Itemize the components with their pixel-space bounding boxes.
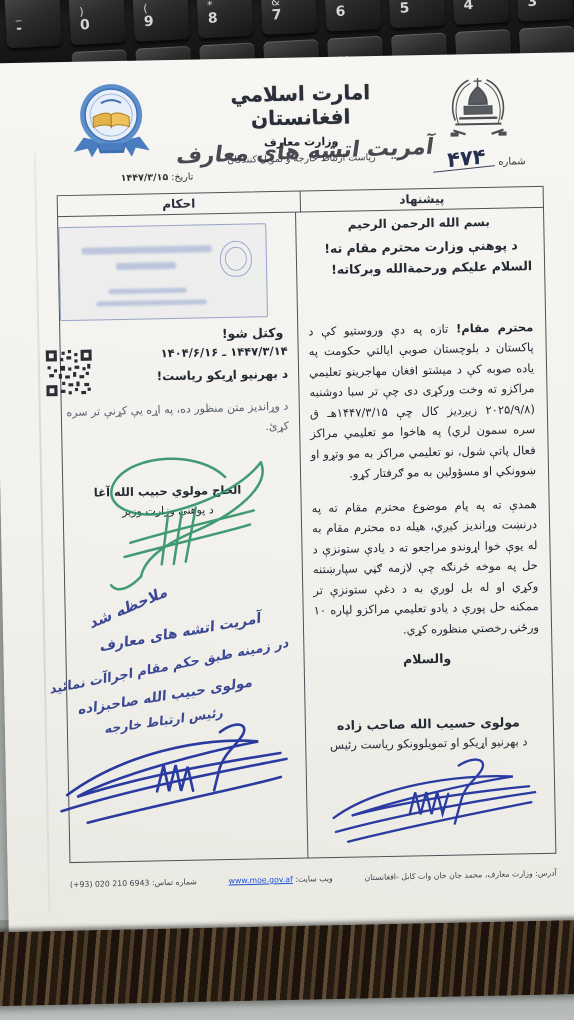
stamp-text-line <box>97 299 207 306</box>
letter-footer: آدرس: وزارت معارف، محمد جان خان وات کابل… <box>70 868 557 889</box>
signer-block: مولوی حسیب الله صاحب زاده د بهرنیو اړیکو… <box>316 714 543 846</box>
national-emblem-icon <box>446 73 509 140</box>
minister-block: الحاج مولوي حبیب الله آغا د پوهنې وزارت … <box>45 481 291 519</box>
photo-of-document: @2 #3 $4 %5 ^6 &7 *8 (9 )0 _- U I O P <box>0 0 574 1020</box>
footer-website-link: www.moe.gov.af <box>228 875 292 886</box>
ministry-of-education-logo-icon <box>70 80 152 164</box>
orders-column: وکتل شو! ۱۴۴۷/۳/۱۴ ـ ۱۴۰۴/۶/۱۶ د بهرنیو … <box>31 213 307 863</box>
key-label: 5 <box>399 0 445 16</box>
stamp-text-line <box>82 245 212 254</box>
keyboard-key-9: (9 <box>132 0 190 42</box>
serial-number-label: شماره <box>498 156 525 168</box>
keyboard-key-5: %5 <box>388 0 446 28</box>
keyboard-key-0: )0 <box>68 0 126 45</box>
key-label: - <box>16 19 62 36</box>
directorate-address-note: د بهرنیو اړیکو ریاست! <box>92 367 288 385</box>
review-dates: ۱۴۴۷/۳/۱۴ ـ ۱۴۰۴/۶/۱۶ <box>92 344 288 362</box>
approval-instruction: د وړاندیز متن منظور ده، په اړه یې کړنې ت… <box>43 396 290 443</box>
approval-stamp <box>58 223 268 321</box>
key-label: 0 <box>80 16 126 33</box>
signer-title: د بهرنیو اړیکو او تمویلوونکو ریاست رئیس <box>316 734 541 752</box>
key-label: 3 <box>527 0 573 10</box>
table-body: بسم الله الرحمن الرحیم د پوهنې وزارت محت… <box>58 208 555 862</box>
closing-salam: والسلام <box>314 649 539 668</box>
letterhead-titles: امارت اسلامي افغانستان وزارت معارف ریاست… <box>197 76 404 183</box>
review-row: ۱۴۴۷/۳/۱۴ ـ ۱۴۰۴/۶/۱۶ د بهرنیو اړیکو ریا… <box>42 344 289 397</box>
key-label: 6 <box>335 2 381 19</box>
registrar-notes: ملاحظه شد آمریت اتشه های معارف در زمینه … <box>47 602 297 829</box>
emirate-title: امارت اسلامي افغانستان <box>198 80 404 132</box>
key-label: 9 <box>144 12 190 29</box>
qr-code <box>46 350 93 397</box>
stamp-emblem-icon <box>220 240 253 277</box>
date-label: تاریخ: <box>171 172 193 183</box>
footer-phone: شماره تماس: (+93) 020 210 6943 <box>70 877 197 889</box>
key-label: 8 <box>207 9 253 26</box>
proposal-paragraph-2: همدې ته په پام موضوع محترم مقام ته په در… <box>312 494 540 642</box>
director-signature-ink <box>316 750 543 846</box>
paragraph-text: تازه په دې وروستیو کې د پاکستان د بلوچست… <box>308 322 536 481</box>
date-line: تاریخ: ۱۴۴۷/۳/۱۵ <box>24 171 199 185</box>
seen-note: وکتل شو! <box>42 325 288 345</box>
keyboard-key-4: $4 <box>452 0 510 25</box>
stamp-text-line <box>116 262 176 270</box>
signer-name: مولوی حسیب الله صاحب زاده <box>316 714 541 733</box>
footer-phone-label: شماره تماس: <box>152 877 197 887</box>
moe-logo-block: تاریخ: ۱۴۴۷/۳/۱۵ <box>22 79 199 185</box>
bismillah: بسم الله الرحمن الرحیم <box>306 214 531 232</box>
footer-website-label: ویب سایت: <box>295 874 333 884</box>
proposal-paragraph-1: محترم مقام! تازه په دې وروستیو کې د پاکس… <box>308 317 536 485</box>
keyboard-key-6: ^6 <box>324 0 382 32</box>
keyboard-key-minus: _- <box>4 0 62 48</box>
stamp-text-line <box>109 288 187 294</box>
keyboard-key-8: *8 <box>196 0 254 38</box>
footer-address: آدرس: وزارت معارف، محمد جان خان وات کابل… <box>364 868 557 882</box>
addressee-line: د پوهنې وزارت محترم مقام ته! <box>307 237 532 256</box>
minister-title: د پوهنې وزارت وزیر <box>45 501 291 519</box>
key-label: 4 <box>463 0 509 13</box>
wooden-table-edge <box>0 920 574 1007</box>
keyboard-key-3: #3 <box>516 0 574 22</box>
letterhead: شماره ۴۷۴ امارت اسلامي افغانستان وزارت م… <box>0 52 574 186</box>
salutation-line: السلام علیکم ورحمةالله وبرکاته! <box>307 258 532 277</box>
national-emblem-block: شماره ۴۷۴ <box>402 73 554 179</box>
paragraph-lead: محترم مقام! <box>456 320 533 335</box>
proposal-column: بسم الله الرحمن الرحیم د پوهنې وزارت محت… <box>295 208 555 858</box>
keyboard-key-7: &7 <box>260 0 318 35</box>
date-value: ۱۴۴۷/۳/۱۵ <box>121 172 169 184</box>
footer-website: ویب سایت: www.moe.gov.af <box>228 874 332 886</box>
key-label: 7 <box>271 6 317 23</box>
paper-document: شماره ۴۷۴ امارت اسلامي افغانستان وزارت م… <box>0 52 574 949</box>
decision-table: پیشنهاد احکام بسم الله الرحمن الرحیم د پ… <box>57 186 557 863</box>
serial-number-value: ۴۷۴ <box>433 145 495 173</box>
minister-name: الحاج مولوي حبیب الله آغا <box>45 481 291 500</box>
review-text: ۱۴۴۷/۳/۱۴ ـ ۱۴۰۴/۶/۱۶ د بهرنیو اړیکو ریا… <box>92 344 288 385</box>
footer-phone-value: (+93) 020 210 6943 <box>70 878 150 889</box>
